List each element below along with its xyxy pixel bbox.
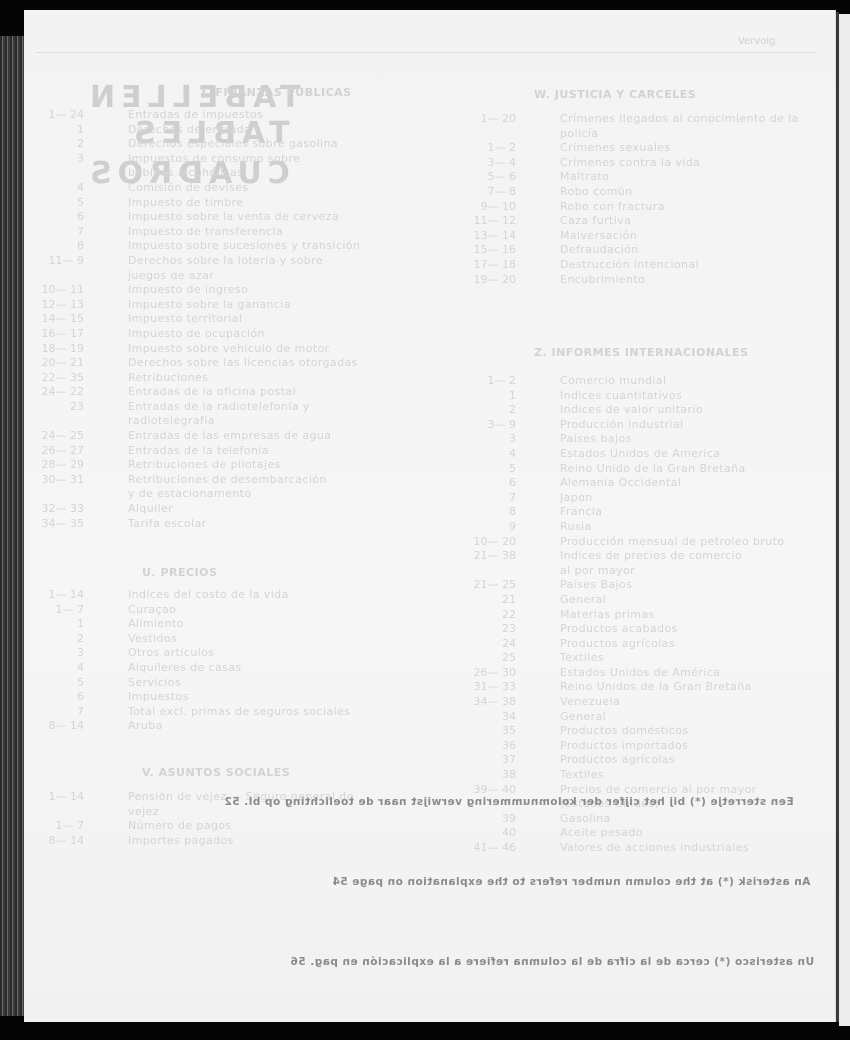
footnote-english: An asterisk (*) at the column number ref… (332, 876, 810, 888)
list-item: 5— 6Maltrato (464, 170, 834, 185)
list-item: 8Impuesto sobre sucesiones y transición (32, 239, 432, 254)
list-item: 11— 12Caza furtiva (464, 214, 834, 229)
table-label: Impuesto de ocupación (128, 327, 265, 340)
table-label: Robo común (560, 185, 633, 198)
table-label: Alemania Occidental (560, 476, 681, 489)
table-label: Robo con fractura (560, 200, 665, 213)
table-label: Textiles (560, 651, 604, 664)
table-label: Entradas de las empresas de agua (128, 429, 331, 442)
table-number: 13— 14 (464, 229, 516, 242)
table-number: 8 (32, 239, 84, 252)
table-number: 7— 8 (464, 185, 516, 198)
table-number: 21 (464, 593, 516, 606)
table-label: Países bajos (560, 432, 632, 445)
table-label: Productos domésticos (560, 724, 689, 737)
section-title-precios: U. PRECIOS (142, 566, 217, 579)
table-label: Reino Unidos de la Gran Bretaña (560, 680, 752, 693)
table-label: Textiles (560, 768, 604, 781)
table-number: 25 (464, 651, 516, 664)
table-label: Entradas de la radiotelefonía y (128, 400, 310, 413)
table-label: Comisión de devises (128, 181, 249, 194)
list-item: 1— 14Indices del costo de la vida (32, 588, 432, 603)
table-number: 20— 21 (32, 356, 84, 369)
table-label: Defraudación (560, 243, 639, 256)
table-label: Indices del costo de la vida (128, 588, 289, 601)
table-label: radiotelegrafía (128, 414, 215, 427)
table-number: 3 (464, 432, 516, 445)
table-label: Materias primas (560, 608, 655, 621)
table-number: 21— 25 (464, 578, 516, 591)
table-number: 28— 29 (32, 458, 84, 471)
table-number: 31— 33 (464, 680, 516, 693)
table-number: 14— 15 (32, 312, 84, 325)
table-label: policía (560, 127, 598, 140)
table-label: Servicios (128, 676, 181, 689)
table-label: Vestidos (128, 632, 177, 645)
table-label: Reino Unido de la Gran Bretaña (560, 462, 746, 475)
list-item: 4Comisión de devises (32, 181, 432, 196)
table-number: 36 (464, 739, 516, 752)
table-number: 8— 14 (32, 834, 84, 847)
table-label: Productos acabados (560, 622, 678, 635)
list-item: 9Rusia (464, 520, 834, 535)
table-number: 1— 24 (32, 108, 84, 121)
table-label: Indices de precios de comercio (560, 549, 742, 562)
table-label: Total excl. primas de seguros sociales (128, 705, 350, 718)
table-label: Impuesto de transferencia (128, 225, 283, 238)
table-label: Impuesto sobre sucesiones y transición (128, 239, 360, 252)
table-number: 9 (464, 520, 516, 533)
table-label: Tarifa escolar (128, 517, 207, 530)
table-number: 7 (464, 491, 516, 504)
table-label: Impuesto sobre vehículo de motor (128, 342, 330, 355)
table-label: Retribuciones (128, 371, 208, 384)
list-item: 24— 22Entradas de la oficina postal (32, 385, 432, 400)
table-number: 24 (464, 637, 516, 650)
table-number: 1 (32, 617, 84, 630)
table-number: 1 (32, 123, 84, 136)
table-number: 24— 22 (32, 385, 84, 398)
table-number: 6 (32, 210, 84, 223)
table-label: Derechos especiales sobre gasolina (128, 137, 338, 150)
table-number: 1— 14 (32, 588, 84, 601)
table-label: al por mayor (560, 564, 635, 577)
list-item: 31— 33Reino Unidos de la Gran Bretaña (464, 680, 834, 695)
table-number: 32— 33 (32, 502, 84, 515)
table-number: 12— 13 (32, 298, 84, 311)
list-item: 1— 7Número de pagos (32, 819, 432, 834)
table-label: y de estacionamento (128, 487, 251, 500)
section-list-informes: 1— 2Comercio mundial1Indices cuantitativ… (464, 374, 834, 856)
table-number: 40 (464, 826, 516, 839)
table-number: 1 (464, 389, 516, 402)
list-item: 5Impuesto de timbre (32, 196, 432, 211)
list-item: policía (464, 127, 834, 142)
list-item: 34— 38Venezuela (464, 695, 834, 710)
table-number: 5— 6 (464, 170, 516, 183)
list-item: 1— 7Curaçao (32, 603, 432, 618)
list-item: 6Impuesto sobre la venta de cerveza (32, 210, 432, 225)
table-label: General (560, 593, 606, 606)
facing-page-edge (839, 14, 850, 1026)
table-label: Impuesto territorial (128, 312, 242, 325)
table-number: 39 (464, 812, 516, 825)
list-item: 22— 35Retribuciones (32, 371, 432, 386)
table-number: 5 (32, 676, 84, 689)
list-item: 8— 14Importes pagados (32, 834, 432, 849)
table-label: Entradas de la oficina postal (128, 385, 296, 398)
table-label: Impuesto de ingreso (128, 283, 248, 296)
table-label: Crímenes sexuales (560, 141, 671, 154)
table-label: Otros artículos (128, 646, 214, 659)
list-item: 17— 18Destrucción intencional (464, 258, 834, 273)
table-label: Producción industrial (560, 418, 684, 431)
table-number: 4 (32, 181, 84, 194)
table-number: 21— 38 (464, 549, 516, 562)
table-number: 2 (32, 137, 84, 150)
table-label: Alquiler (128, 502, 173, 515)
table-label: Derechos sobre la lotería y sobre (128, 254, 323, 267)
table-label: juegos de azar (128, 269, 214, 282)
list-item: 23Productos acabados (464, 622, 834, 637)
table-label: General (560, 710, 606, 723)
table-label: Venezuela (560, 695, 620, 708)
table-label: Alquileres de casas (128, 661, 242, 674)
list-item: 10— 20Producción mensual de petroleo bru… (464, 535, 834, 550)
table-number: 5 (32, 196, 84, 209)
list-item: juegos de azar (32, 269, 432, 284)
table-label: Número de pagos (128, 819, 232, 832)
list-item: 38Textiles (464, 768, 834, 783)
table-label: Importes pagados (128, 834, 234, 847)
table-label: vejez (128, 805, 159, 818)
table-number: 23 (464, 622, 516, 635)
table-label: Producción mensual de petroleo bruto (560, 535, 785, 548)
section-title-asuntos-sociales: V. ASUNTOS SOCIALES (142, 766, 290, 779)
list-item: 23Entradas de la radiotelefonía y (32, 400, 432, 415)
table-number: 39— 40 (464, 783, 516, 796)
list-item: 5Servicios (32, 676, 432, 691)
list-item: 15— 16Defraudación (464, 243, 834, 258)
table-label: Impuesto sobre la ganancia (128, 298, 291, 311)
table-label: Caza furtiva (560, 214, 631, 227)
table-label: Malversación (560, 229, 637, 242)
footnote-dutch: Een sterretje (*) bij het cijfer der kol… (224, 796, 794, 808)
table-label: Destrucción intencional (560, 258, 699, 271)
list-item: 26— 27Entradas de la telefonía (32, 444, 432, 459)
table-number: 38 (464, 768, 516, 781)
table-number: 2 (464, 403, 516, 416)
table-number: 34— 38 (464, 695, 516, 708)
table-label: bebidas alcohólicas (128, 166, 243, 179)
list-item: 3Impuestos de consumo sobre (32, 152, 432, 167)
table-label: Aruba (128, 719, 163, 732)
table-number: 10— 11 (32, 283, 84, 296)
table-number: 15— 16 (464, 243, 516, 256)
list-item: 21— 38Indices de precios de comercio (464, 549, 834, 564)
table-number: 34— 35 (32, 517, 84, 530)
running-head: Vervolg (738, 36, 776, 47)
table-number: 41— 46 (464, 841, 516, 854)
list-item: 1— 2Comercio mundial (464, 374, 834, 389)
table-number: 7 (32, 225, 84, 238)
table-label: Productos agrícolas (560, 637, 675, 650)
list-item: 3— 9Producción industrial (464, 418, 834, 433)
table-number: 35 (464, 724, 516, 737)
table-label: Crímenes contra la vida (560, 156, 700, 169)
table-label: Indices cuantitativos (560, 389, 682, 402)
list-item: 21General (464, 593, 834, 608)
table-label: Alimiento (128, 617, 184, 630)
table-number: 30— 31 (32, 473, 84, 486)
table-number: 4 (32, 661, 84, 674)
list-item: 7Impuesto de transferencia (32, 225, 432, 240)
table-label: Derechos sobre las licencias otorgadas (128, 356, 358, 369)
list-item: 25Textiles (464, 651, 834, 666)
list-item: 3Países bajos (464, 432, 834, 447)
list-item: 1Derechos de entrada (32, 123, 432, 138)
list-item: 34— 35Tarifa escolar (32, 517, 432, 532)
list-item: 32— 33Alquiler (32, 502, 432, 517)
table-label: Impuestos de consumo sobre (128, 152, 300, 165)
table-label: Rusia (560, 520, 592, 533)
table-number: 2 (32, 632, 84, 645)
list-item: 22Materias primas (464, 608, 834, 623)
list-item: 2Derechos especiales sobre gasolina (32, 137, 432, 152)
table-label: Crímenes llegados al conocimiento de la (560, 112, 799, 125)
table-number: 6 (32, 690, 84, 703)
list-item: 7— 8Robo común (464, 185, 834, 200)
list-item: 1— 24Entradas de impuestos (32, 108, 432, 123)
table-label: Indices de valor unitario (560, 403, 703, 416)
footnote-spanish: Un asterisco (*) cerca de la cifra de la… (290, 956, 814, 968)
table-number: 1— 20 (464, 112, 516, 125)
table-label: Derechos de entrada (128, 123, 251, 136)
table-number: 1— 7 (32, 603, 84, 616)
list-item: 11— 9Derechos sobre la lotería y sobre (32, 254, 432, 269)
table-label: Encubrimiento (560, 273, 645, 286)
table-number: 24— 25 (32, 429, 84, 442)
table-label: Aceite pesado (560, 826, 643, 839)
table-number: 11— 9 (32, 254, 84, 267)
list-item: 7Total excl. primas de seguros sociales (32, 705, 432, 720)
list-item: 21— 25Países Bajos (464, 578, 834, 593)
list-item: 36Productos importados (464, 739, 834, 754)
table-number: 34 (464, 710, 516, 723)
table-number: 22 (464, 608, 516, 621)
list-item: 35Productos domésticos (464, 724, 834, 739)
table-number: 1— 14 (32, 790, 84, 803)
table-label: Impuestos (128, 690, 189, 703)
section-list-finanzas: 1— 24Entradas de impuestos1Derechos de e… (32, 108, 432, 531)
header-rule (36, 52, 816, 53)
list-item: 28— 29Retribuciones de pilotajes (32, 458, 432, 473)
table-label: Maltrato (560, 170, 609, 183)
table-number: 18— 19 (32, 342, 84, 355)
list-item: 1Indices cuantitativos (464, 389, 834, 404)
list-item: 1— 2Crímenes sexuales (464, 141, 834, 156)
list-item: 8— 14Aruba (32, 719, 432, 734)
table-number: 4 (464, 447, 516, 460)
table-number: 3 (32, 646, 84, 659)
list-item: 14— 15Impuesto territorial (32, 312, 432, 327)
table-number: 37 (464, 753, 516, 766)
table-label: Entradas de impuestos (128, 108, 263, 121)
table-label: Francia (560, 505, 602, 518)
table-number: 8 (464, 505, 516, 518)
table-number: 7 (32, 705, 84, 718)
table-label: Entradas de la telefonía (128, 444, 269, 457)
list-item: 24Productos agrícolas (464, 637, 834, 652)
table-number: 3— 4 (464, 156, 516, 169)
section-title-justicia: W. JUSTICIA Y CARCELES (534, 88, 696, 101)
list-item: 3— 4Crímenes contra la vida (464, 156, 834, 171)
list-item: 4Alquileres de casas (32, 661, 432, 676)
list-item: 5Reino Unido de la Gran Bretaña (464, 462, 834, 477)
list-item: 19— 20Encubrimiento (464, 273, 834, 288)
table-label: Gasolina (560, 812, 611, 825)
list-item: 37Productos agrícolas (464, 753, 834, 768)
table-number: 23 (32, 400, 84, 413)
table-number: 22— 35 (32, 371, 84, 384)
list-item: bebidas alcohólicas (32, 166, 432, 181)
list-item: y de estacionamento (32, 487, 432, 502)
table-label: Japon (560, 491, 593, 504)
list-item: 12— 13Impuesto sobre la ganancia (32, 298, 432, 313)
section-title-informes: Z. INFORMES INTERNACIONALES (534, 346, 749, 359)
list-item: 4Estados Unidos de America (464, 447, 834, 462)
table-number: 11— 12 (464, 214, 516, 227)
table-number: 5 (464, 462, 516, 475)
table-number: 10— 20 (464, 535, 516, 548)
table-number: 9— 10 (464, 200, 516, 213)
list-item: 1— 20Crímenes llegados al conocimiento d… (464, 112, 834, 127)
section-list-justicia: 1— 20Crímenes llegados al conocimiento d… (464, 112, 834, 287)
table-label: Curaçao (128, 603, 176, 616)
list-item: 7Japon (464, 491, 834, 506)
table-label: Comercio mundial (560, 374, 666, 387)
list-item: 30— 31Retribuciones de desembarcación (32, 473, 432, 488)
table-number: 1— 7 (32, 819, 84, 832)
table-label: Impuesto sobre la venta de cerveza (128, 210, 339, 223)
table-number: 17— 18 (464, 258, 516, 271)
list-item: 34General (464, 710, 834, 725)
table-label: Estados Unidos de America (560, 447, 720, 460)
table-label: Precios de comercio al por mayor (560, 783, 757, 796)
list-item: 2Vestidos (32, 632, 432, 647)
table-number: 1— 2 (464, 141, 516, 154)
table-number: 6 (464, 476, 516, 489)
table-number: 3 (32, 152, 84, 165)
table-label: Estados Unidos de América (560, 666, 720, 679)
table-label: Valores de acciones industriales (560, 841, 749, 854)
list-item: 6Impuestos (32, 690, 432, 705)
list-item: 3Otros artículos (32, 646, 432, 661)
list-item: 24— 25Entradas de las empresas de agua (32, 429, 432, 444)
table-number: 1— 2 (464, 374, 516, 387)
list-item: 40Aceite pesado (464, 826, 834, 841)
list-item: al por mayor (464, 564, 834, 579)
list-item: 16— 17Impuesto de ocupación (32, 327, 432, 342)
table-label: Impuesto de timbre (128, 196, 244, 209)
list-item: 2Indices de valor unitario (464, 403, 834, 418)
table-number: 19— 20 (464, 273, 516, 286)
list-item: 39Gasolina (464, 812, 834, 827)
list-item: 20— 21Derechos sobre las licencias otorg… (32, 356, 432, 371)
table-number: 16— 17 (32, 327, 84, 340)
table-label: Retribuciones de desembarcación (128, 473, 327, 486)
list-item: 10— 11Impuesto de ingreso (32, 283, 432, 298)
table-label: Retribuciones de pilotajes (128, 458, 281, 471)
table-label: Productos importados (560, 739, 688, 752)
list-item: 1Alimiento (32, 617, 432, 632)
table-number: 8— 14 (32, 719, 84, 732)
list-item: 26— 30Estados Unidos de América (464, 666, 834, 681)
table-label: Productos agrícolas (560, 753, 675, 766)
list-item: 18— 19Impuesto sobre vehículo de motor (32, 342, 432, 357)
table-number: 26— 30 (464, 666, 516, 679)
table-label: Países Bajos (560, 578, 632, 591)
list-item: 6Alemania Occidental (464, 476, 834, 491)
list-item: radiotelegrafía (32, 414, 432, 429)
list-item: 9— 10Robo con fractura (464, 200, 834, 215)
list-item: 8Francia (464, 505, 834, 520)
section-title-finanzas: T. FINANZAS PUBLICAS (200, 86, 352, 99)
section-list-precios: 1— 14Indices del costo de la vida1— 7Cur… (32, 588, 432, 734)
table-number: 26— 27 (32, 444, 84, 457)
list-item: 41— 46Valores de acciones industriales (464, 841, 834, 856)
table-number: 3— 9 (464, 418, 516, 431)
list-item: 13— 14Malversación (464, 229, 834, 244)
